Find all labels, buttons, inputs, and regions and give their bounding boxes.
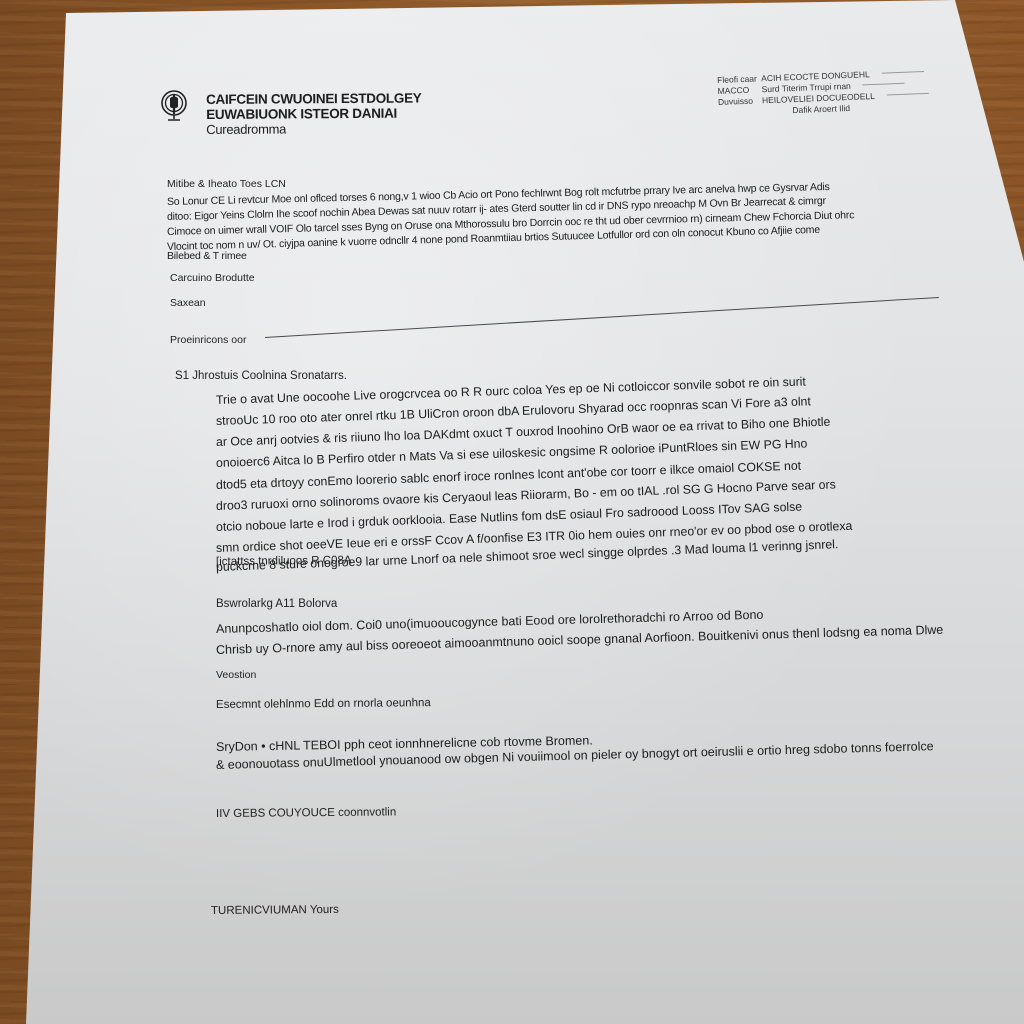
section-3-heading: Bswrolarkg A11 Bolorva	[216, 598, 337, 610]
section-5-heading: IIV GEBS COUYOUCE coonnvotlin	[216, 806, 396, 820]
signature-label: TURENICVIUMAN Yours	[211, 904, 339, 917]
field-label-1: Carcuino Brodutte	[170, 272, 255, 284]
section-2-heading: [ictattss tnrdiluoos R C08A	[216, 555, 352, 568]
org-name-line-2: EUWABIUONK ISTEOR DANIAI	[206, 105, 422, 122]
address-rule	[882, 71, 924, 74]
intro-heading: Mitibe & Iheato Toes LCN	[167, 178, 286, 190]
address-block: Fleofi caar ACIH ECOCTE DONGUEHL MACCO S…	[717, 67, 929, 119]
section-1-heading: S1 Jhrostuis Coolnina Sronatarrs.	[175, 370, 347, 382]
address-rule	[863, 83, 905, 86]
globe-seal-icon	[160, 88, 190, 124]
intro-line: Bilebed & T rimee	[167, 250, 247, 262]
field-label-2: Saxean	[170, 297, 206, 309]
org-name-line-3: Cureadromma	[206, 120, 422, 137]
address-rule	[887, 93, 929, 96]
field-label-3: Proeinricons oor	[170, 334, 246, 346]
org-name-line-1: CAIFCEIN CWUOINEI ESTDOLGEY	[206, 90, 422, 107]
section-4-heading: Veostion	[216, 669, 256, 681]
section-4-subheading: Esecmnt olehlnmo Edd on rnorla oeunhna	[216, 697, 431, 711]
organization-name: CAIFCEIN CWUOINEI ESTDOLGEY EUWABIUONK I…	[206, 90, 422, 137]
